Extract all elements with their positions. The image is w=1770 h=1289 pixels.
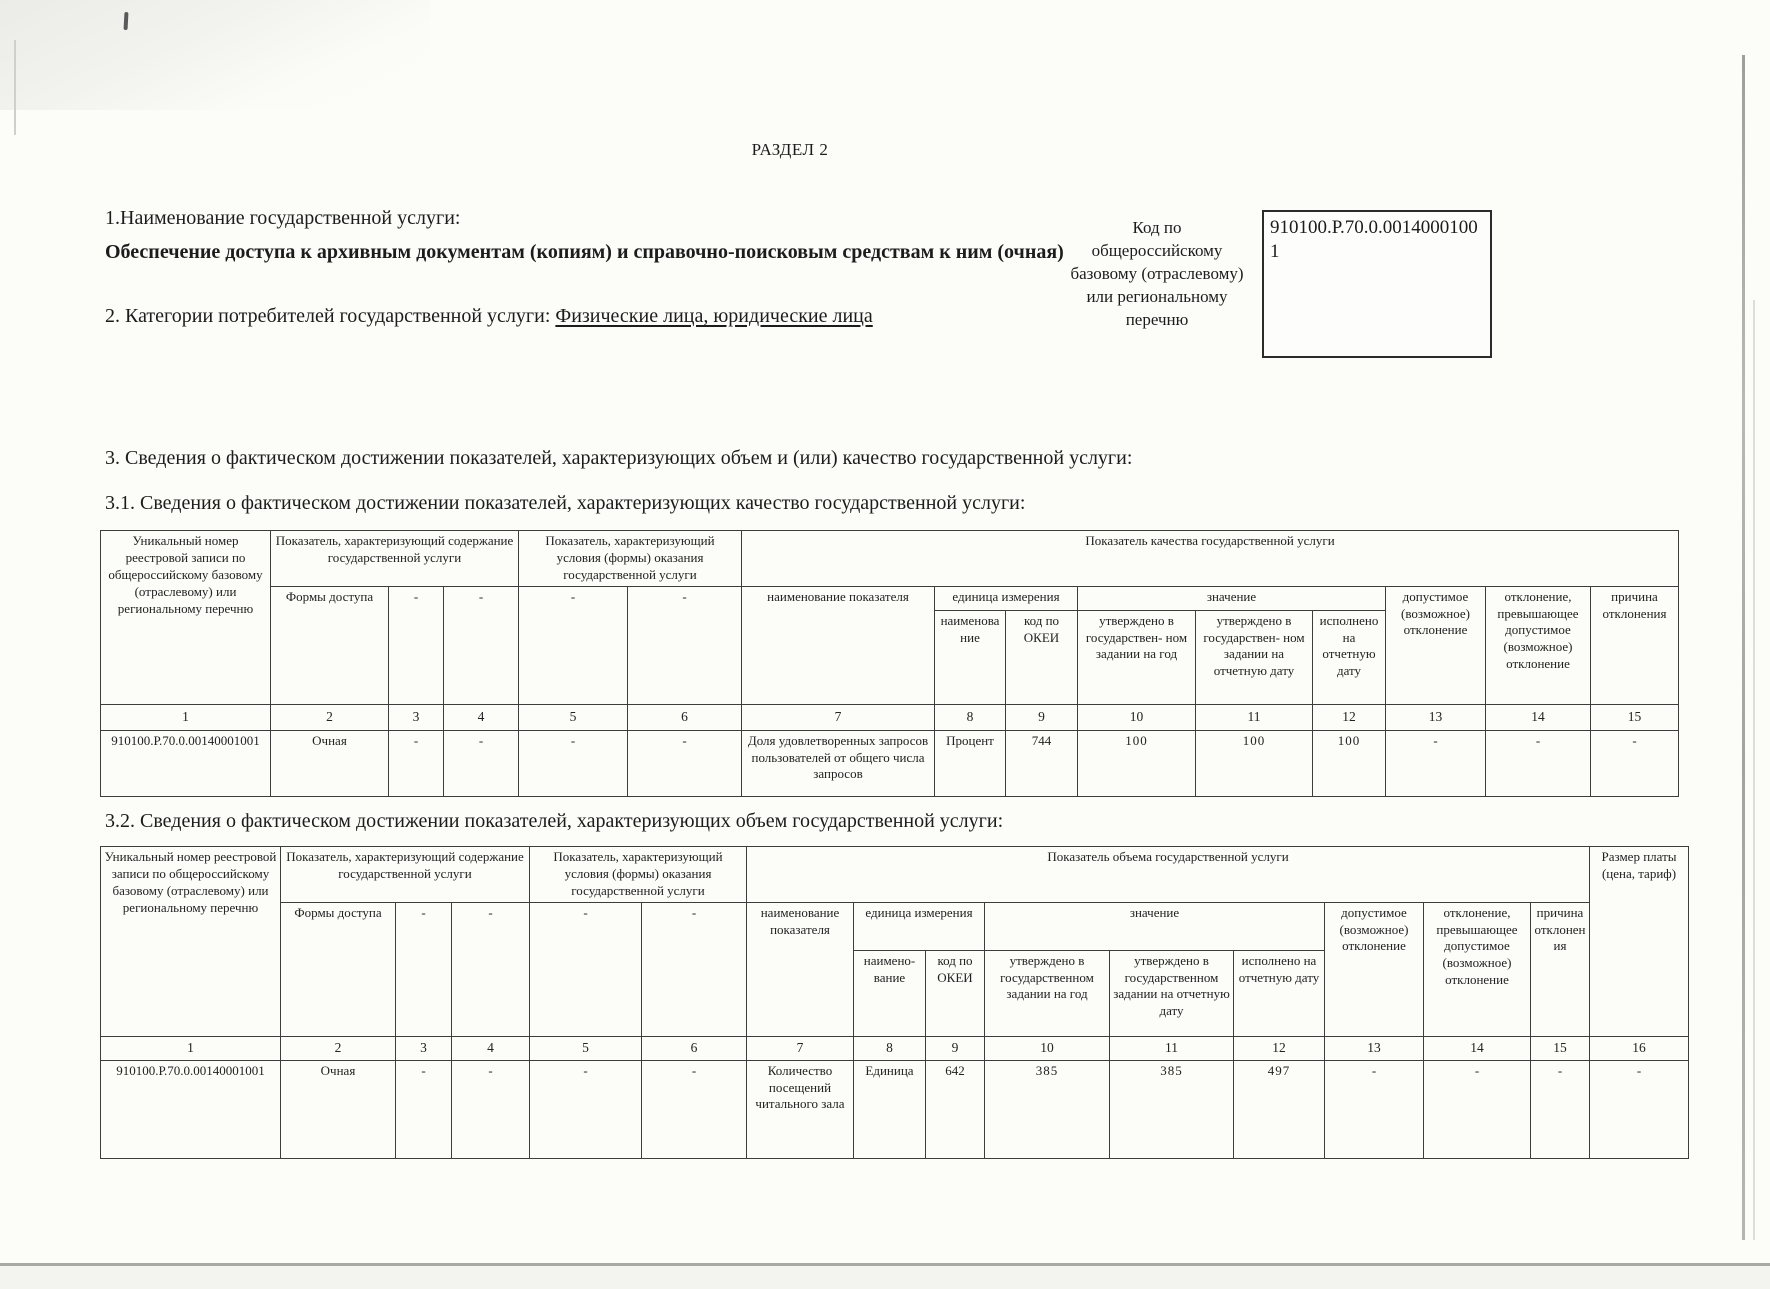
cell-executed: 497: [1234, 1060, 1325, 1158]
col-group-unit: единица измерения: [935, 586, 1078, 610]
cell-dash: -: [1486, 730, 1591, 796]
scanned-page: РАЗДЕЛ 2 1.Наименование государственной …: [0, 0, 1770, 1289]
cell-registry-number: 910100.Р.70.0.00140001001: [101, 730, 271, 796]
cell-dash: -: [642, 1060, 747, 1158]
service-name-value: Обеспечение доступа к архивным документа…: [105, 236, 1067, 268]
quality-indicators-table: Уникальный номер реестровой записи по об…: [100, 530, 1679, 797]
col-header-exceeding-deviation: отклонение, превышающее допустимое (возм…: [1424, 902, 1531, 1036]
cell-dash: -: [396, 1060, 452, 1158]
col-number: 5: [530, 1036, 642, 1060]
cell-approved-year: 385: [985, 1060, 1110, 1158]
col-number: 12: [1313, 704, 1386, 730]
col-number: 4: [444, 704, 519, 730]
col-number: 13: [1386, 704, 1486, 730]
col-number: 6: [628, 704, 742, 730]
col-group-unit: единица измерения: [854, 902, 985, 950]
col-header-executed: исполнено на отчетную дату: [1313, 610, 1386, 704]
col-number: 7: [742, 704, 935, 730]
col-header-registry-number: Уникальный номер реестровой записи по об…: [101, 847, 281, 1037]
cell-dash: -: [530, 1060, 642, 1158]
col-number: 4: [452, 1036, 530, 1060]
col-group-quality: Показатель качества государственной услу…: [742, 531, 1679, 587]
cell-dash: -: [1591, 730, 1679, 796]
col-number: 6: [642, 1036, 747, 1060]
cell-dash: -: [1386, 730, 1486, 796]
col-header-registry-number: Уникальный номер реестровой записи по об…: [101, 531, 271, 705]
col-number: 2: [271, 704, 389, 730]
cell-access-form: Очная: [271, 730, 389, 796]
section-3-1-heading: 3.1. Сведения о фактическом достижении п…: [105, 492, 1025, 515]
cell-access-form: Очная: [281, 1060, 396, 1158]
cell-approved-report-date: 385: [1110, 1060, 1234, 1158]
paper-edge-right-faint: [1753, 300, 1755, 1240]
cell-payment: -: [1590, 1060, 1689, 1158]
col-number: 1: [101, 704, 271, 730]
table-row: 910100.Р.70.0.00140001001 Очная - - - - …: [101, 730, 1679, 796]
col-number: 2: [281, 1036, 396, 1060]
paper-edge-right: [1742, 55, 1745, 1240]
col-header-dash: -: [628, 586, 742, 704]
col-header-approved-year: утверждено в государственном задании на …: [985, 950, 1110, 1036]
col-header-exceeding-deviation: отклонение, превышающее допустимое (возм…: [1486, 586, 1591, 704]
col-group-value: значение: [1078, 586, 1386, 610]
page-fold-shadow: [0, 0, 430, 110]
col-number: 7: [747, 1036, 854, 1060]
col-number: 5: [519, 704, 628, 730]
col-header-indicator-name: наименование показателя: [742, 586, 935, 704]
col-header-okei-code: код по ОКЕИ: [1006, 610, 1078, 704]
cell-okei-code: 744: [1006, 730, 1078, 796]
col-header-dash: -: [642, 902, 747, 1036]
col-header-executed: исполнено на отчетную дату: [1234, 950, 1325, 1036]
service-name-label: 1.Наименование государственной услуги:: [105, 207, 460, 230]
col-header-indicator-name: наименование показателя: [747, 902, 854, 1036]
col-header-dash: -: [389, 586, 444, 704]
cell-unit-name: Единица: [854, 1060, 926, 1158]
col-header-dash: -: [452, 902, 530, 1036]
col-number: 11: [1196, 704, 1313, 730]
col-number: 11: [1110, 1036, 1234, 1060]
consumers-label: 2. Категории потребителей государственно…: [105, 305, 550, 327]
cell-dash: -: [1325, 1060, 1424, 1158]
cell-dash: -: [1531, 1060, 1590, 1158]
col-number: 9: [926, 1036, 985, 1060]
okei-code-box: 910100.Р.70.0.00140001001: [1262, 210, 1492, 358]
col-header-unit-name: наимено- вание: [854, 950, 926, 1036]
col-header-payment: Размер платы (цена, тариф): [1590, 847, 1689, 1037]
cell-dash: -: [1424, 1060, 1531, 1158]
col-number: 10: [985, 1036, 1110, 1060]
cell-registry-number: 910100.Р.70.0.00140001001: [101, 1060, 281, 1158]
col-header-okei-code: код по ОКЕИ: [926, 950, 985, 1036]
col-group-conditions: Показатель, характеризующий условия (фор…: [530, 847, 747, 903]
col-number: 9: [1006, 704, 1078, 730]
col-header-dash: -: [519, 586, 628, 704]
col-number: 3: [389, 704, 444, 730]
col-header-approved-year: утверждено в государствен- ном задании н…: [1078, 610, 1196, 704]
cell-dash: -: [519, 730, 628, 796]
col-header-dash: -: [396, 902, 452, 1036]
col-number: 15: [1591, 704, 1679, 730]
paper-edge-left: [14, 40, 16, 135]
col-group-content: Показатель, характеризующий содержание г…: [281, 847, 530, 903]
col-header-approved-report-date: утверждено в государствен- ном задании н…: [1196, 610, 1313, 704]
volume-indicators-table: Уникальный номер реестровой записи по об…: [100, 846, 1689, 1159]
col-number: 8: [935, 704, 1006, 730]
cell-okei-code: 642: [926, 1060, 985, 1158]
col-group-value: значение: [985, 902, 1325, 950]
cell-indicator-name: Количество посещений читального зала: [747, 1060, 854, 1158]
col-number: 10: [1078, 704, 1196, 730]
col-header-approved-report-date: утверждено в государственном задании на …: [1110, 950, 1234, 1036]
col-header-unit-name: наименование: [935, 610, 1006, 704]
col-group-volume: Показатель объема государственной услуги: [747, 847, 1590, 903]
cell-unit-name: Процент: [935, 730, 1006, 796]
page-title: РАЗДЕЛ 2: [0, 140, 1580, 160]
col-header-dash: -: [444, 586, 519, 704]
col-number: 13: [1325, 1036, 1424, 1060]
col-number: 8: [854, 1036, 926, 1060]
col-group-content: Показатель, характеризующий содержание г…: [271, 531, 519, 587]
consumers-line: 2. Категории потребителей государственно…: [105, 305, 873, 328]
cell-dash: -: [628, 730, 742, 796]
col-header-deviation-reason: причина отклонения: [1591, 586, 1679, 704]
cell-indicator-name: Доля удовлетворенных запросов пользовате…: [742, 730, 935, 796]
col-number: 14: [1486, 704, 1591, 730]
col-number: 15: [1531, 1036, 1590, 1060]
col-number: 3: [396, 1036, 452, 1060]
section-3-2-heading: 3.2. Сведения о фактическом достижении п…: [105, 810, 1003, 833]
cell-executed: 100: [1313, 730, 1386, 796]
col-group-conditions: Показатель, характеризующий условия (фор…: [519, 531, 742, 587]
cell-approved-year: 100: [1078, 730, 1196, 796]
col-number: 12: [1234, 1036, 1325, 1060]
cell-dash: -: [444, 730, 519, 796]
col-header-access-form: Формы доступа: [281, 902, 396, 1036]
col-number: 14: [1424, 1036, 1531, 1060]
col-header-deviation-reason: причина отклонения: [1531, 902, 1590, 1036]
cell-approved-report-date: 100: [1196, 730, 1313, 796]
section-3-heading: 3. Сведения о фактическом достижении пок…: [105, 447, 1132, 470]
col-number: 16: [1590, 1036, 1689, 1060]
col-header-allowed-deviation: допустимое (возможное) отклонение: [1325, 902, 1424, 1036]
col-header-dash: -: [530, 902, 642, 1036]
col-number: 1: [101, 1036, 281, 1060]
table-row: 910100.Р.70.0.00140001001 Очная - - - - …: [101, 1060, 1689, 1158]
consumers-value: Физические лица, юридические лица: [555, 305, 872, 327]
scanner-background-strip: [0, 1266, 1770, 1289]
cell-dash: -: [389, 730, 444, 796]
col-header-allowed-deviation: допустимое (возможное) отклонение: [1386, 586, 1486, 704]
okei-code-label: Код по общероссийскому базовому (отрасле…: [1066, 216, 1248, 331]
cell-dash: -: [452, 1060, 530, 1158]
col-header-access-form: Формы доступа: [271, 586, 389, 704]
